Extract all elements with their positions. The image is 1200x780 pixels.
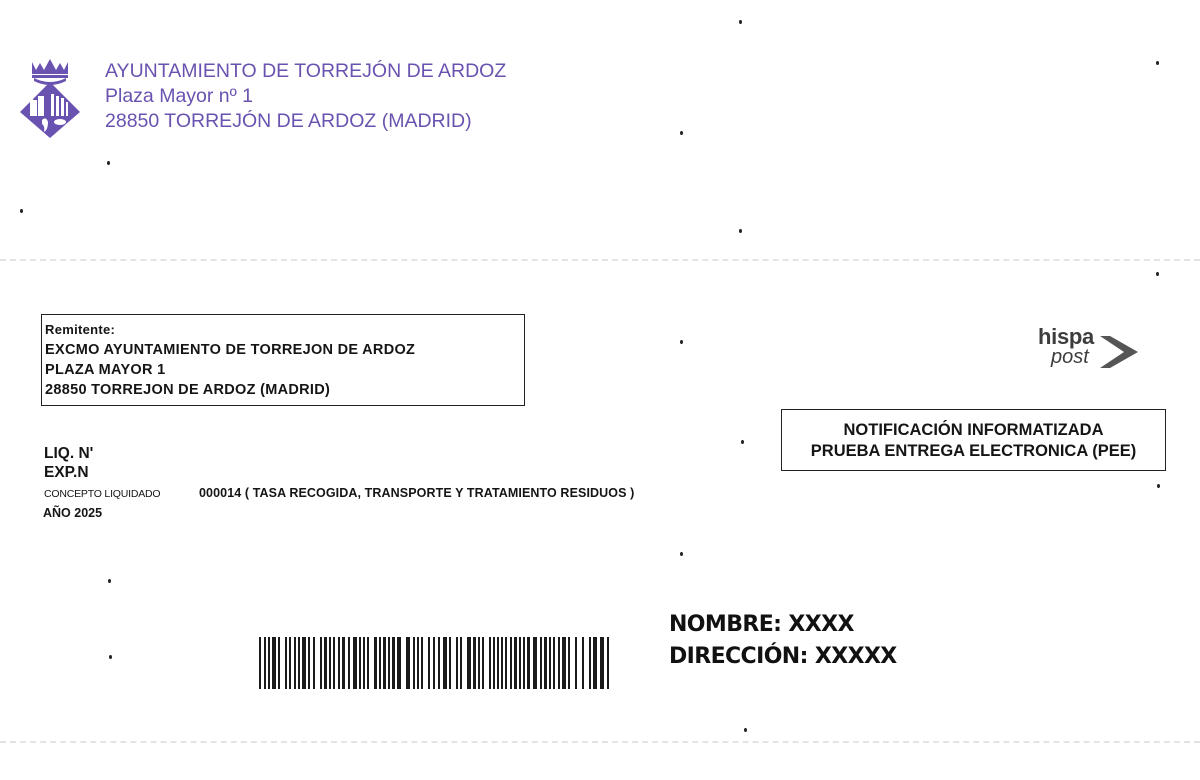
scan-speck bbox=[680, 340, 683, 344]
letterhead-city: 28850 TORREJÓN DE ARDOZ (MADRID) bbox=[105, 109, 472, 134]
coat-of-arms-icon bbox=[18, 56, 82, 138]
fold-line bbox=[0, 741, 1200, 743]
sender-city: 28850 TORREJON DE ARDOZ (MADRID) bbox=[45, 380, 524, 400]
scan-speck bbox=[744, 728, 747, 732]
barcode-icon bbox=[259, 637, 611, 689]
scan-speck bbox=[20, 209, 23, 213]
scan-speck bbox=[1156, 61, 1159, 65]
logo-text-top: hispa bbox=[1038, 326, 1094, 348]
sender-label: Remitente: bbox=[45, 320, 524, 340]
sender-street: PLAZA MAYOR 1 bbox=[45, 360, 524, 380]
concept-label: CONCEPTO LIQUIDADO bbox=[44, 488, 160, 500]
scan-speck bbox=[739, 229, 742, 233]
logo-text-bottom: post bbox=[1051, 346, 1089, 368]
letterhead-street: Plaza Mayor nº 1 bbox=[105, 84, 253, 109]
scan-speck bbox=[109, 655, 112, 659]
tax-year: AÑO 2025 bbox=[43, 506, 102, 520]
letterhead-title: AYUNTAMIENTO DE TORREJÓN DE ARDOZ bbox=[105, 59, 506, 84]
recipient-address: DIRECCIÓN: XXXXX bbox=[669, 644, 897, 669]
notification-box: NOTIFICACIÓN INFORMATIZADA PRUEBA ENTREG… bbox=[781, 409, 1166, 471]
scan-speck bbox=[680, 131, 683, 135]
scan-speck bbox=[1156, 272, 1159, 276]
notification-subtitle: PRUEBA ENTREGA ELECTRONICA (PEE) bbox=[782, 441, 1165, 462]
hispapost-logo: hispa post bbox=[1038, 326, 1148, 376]
scan-speck bbox=[108, 579, 111, 583]
fold-line bbox=[0, 259, 1200, 261]
sender-name: EXCMO AYUNTAMIENTO DE TORREJON DE ARDOZ bbox=[45, 340, 524, 360]
notification-title: NOTIFICACIÓN INFORMATIZADA bbox=[782, 420, 1165, 441]
sender-box: Remitente: EXCMO AYUNTAMIENTO DE TORREJO… bbox=[41, 314, 525, 406]
recipient-name: NOMBRE: XXXX bbox=[669, 612, 854, 637]
scan-speck bbox=[741, 440, 744, 444]
scan-speck bbox=[1157, 484, 1160, 488]
scan-speck bbox=[107, 161, 110, 165]
chevron-arrow-icon bbox=[1094, 334, 1142, 370]
liquidation-number-label: LIQ. N' bbox=[44, 444, 93, 463]
scan-speck bbox=[680, 552, 683, 556]
scan-speck bbox=[739, 20, 742, 24]
file-number-label: EXP.N bbox=[44, 463, 89, 482]
concept-value: 000014 ( TASA RECOGIDA, TRANSPORTE Y TRA… bbox=[199, 486, 634, 500]
